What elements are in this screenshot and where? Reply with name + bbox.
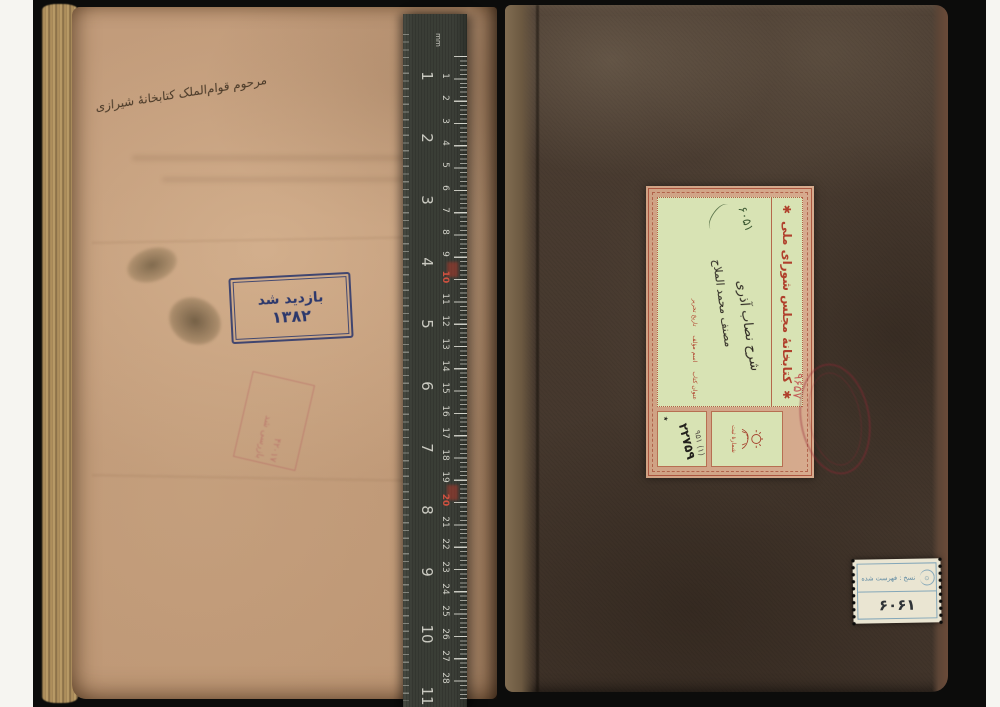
photograph: مرحوم قوام‌الملک کتابخانهٔ شیرازی بازدید… (0, 0, 1000, 707)
white-margin-right (986, 0, 1000, 707)
ruler-inch-number: 5 (418, 314, 436, 334)
handwritten-shelf-number: ۶۰۵۱ (735, 204, 756, 233)
ruler-cm-number: 16 (440, 404, 450, 418)
ruler-cm-number: 15 (440, 381, 450, 395)
ruler-cm-number: 20 (440, 493, 450, 507)
ruler-inch-number: 11 (418, 686, 436, 706)
page-crease (92, 236, 422, 244)
ruler-cm-number: 25 (440, 604, 450, 618)
ruler-unit-label: mm (434, 33, 442, 47)
label-header-text: کتابخانهٔ مجلس شورای ملی (780, 221, 794, 383)
sticker-top-row: ۞ نسخ : فهرست شده (858, 563, 936, 592)
page-crease (92, 474, 422, 482)
sticker-emblem-icon: ۞ (920, 569, 935, 585)
inspection-stamp-text: بازدید شد (257, 289, 324, 308)
pen-swash (705, 200, 734, 233)
lion-and-sun-icon (738, 424, 764, 454)
ruler-inch-number: 10 (418, 624, 436, 644)
ruler-inch-number: 3 (418, 190, 436, 210)
label-content: شمارهٔ ثبت (۱) ۹۵۱ ۲۲۷۵۹ ٭ ✱ کتابخانهٔ م… (657, 197, 803, 467)
ruler-cm-number: 22 (440, 537, 450, 551)
seal-smudge (160, 288, 229, 354)
inspection-stamp-inner: بازدید شد ۱۳۸۲ (233, 276, 350, 340)
ruler-cm-number: 1 (440, 69, 450, 83)
field-caption: اسم مؤلف (691, 335, 698, 362)
ruler-cm-number: 11 (440, 292, 450, 306)
handwritten-author: مصنف محمد الملاح (710, 259, 735, 348)
field-caption: عنوان کتاب (691, 371, 698, 400)
label-field-captions: عنوان کتاب اسم مؤلف تاریخ تحریر (691, 238, 698, 400)
ruler-cm-number: 26 (440, 627, 450, 641)
shelf-number-sticker: ۞ نسخ : فهرست شده ۶۰۶۱ (852, 558, 941, 624)
ruler-cm-number: 14 (440, 359, 450, 373)
ruler-inch-number: 6 (418, 376, 436, 396)
faint-red-stamp: بازرسی شد ۴۲۰۱۷ (233, 371, 315, 471)
red-handwritten-digits: ۹۶۵۷ (790, 373, 806, 400)
ruler-cm-number: 8 (440, 225, 450, 239)
ruler-cm-number: 7 (440, 203, 450, 217)
ruler-cm-number: 5 (440, 158, 450, 172)
ruler-cm-number: 19 (440, 470, 450, 484)
sticker-frame: ۞ نسخ : فهرست شده ۶۰۶۱ (857, 562, 938, 619)
ruler-cm-ticks (454, 56, 467, 701)
sticker-shelf-number: ۶۰۶۱ (858, 591, 936, 618)
ruler-cm-number: 27 (440, 649, 450, 663)
inspection-stamp: بازدید شد ۱۳۸۲ (228, 272, 353, 344)
seal-smudge (122, 241, 182, 289)
ruler-inch-number: 1 (418, 66, 436, 86)
ruler-cm-number: 4 (440, 136, 450, 150)
sticker-caption: نسخ : فهرست شده (858, 573, 919, 582)
white-margin-left (0, 0, 33, 707)
ruler-cm-number: 9 (440, 247, 450, 261)
ruler-cm-number: 28 (440, 671, 450, 685)
ruler-cm-number: 6 (440, 181, 450, 195)
label-handwriting-area: شرح نصاب آذری مصنف محمد الملاح ۶۰۵۱ عنوا… (689, 198, 771, 406)
back-cover: شمارهٔ ثبت (۱) ۹۵۱ ۲۲۷۵۹ ٭ ✱ کتابخانهٔ م… (505, 5, 948, 692)
label-emblem-box: شمارهٔ ثبت (711, 411, 783, 467)
ruler-inch-number: 8 (418, 500, 436, 520)
handwritten-title: شرح نصاب آذری (733, 280, 762, 372)
label-register-box: (۱) ۹۵۱ ۲۲۷۵۹ ٭ (657, 411, 707, 467)
ruler-cm-number: 2 (440, 91, 450, 105)
star-mark: ٭ (660, 416, 671, 421)
ruler-inch-number: 4 (418, 252, 436, 272)
ruler-cm-number: 18 (440, 448, 450, 462)
ruler-cm-number: 24 (440, 582, 450, 596)
bleedthrough-line (162, 177, 422, 182)
ruler-inch-number: 9 (418, 562, 436, 582)
gutter-shadow (469, 7, 497, 699)
ruler-cm-number: 21 (440, 515, 450, 529)
oval-ink-stamp-inner (801, 368, 869, 470)
handwritten-inscription: مرحوم قوام‌الملک کتابخانهٔ شیرازی (89, 73, 268, 116)
inspection-stamp-year: ۱۳۸۲ (271, 305, 311, 326)
ruler-cm-number: 10 (440, 270, 450, 284)
ruler-inch-number: 2 (418, 128, 436, 148)
rosette-icon: ✱ (781, 205, 794, 214)
library-label-card: شمارهٔ ثبت (۱) ۹۵۱ ۲۲۷۵۹ ٭ ✱ کتابخانهٔ م… (646, 186, 814, 478)
spine-worn-edge (505, 5, 535, 692)
field-caption: تاریخ تحریر (691, 299, 698, 327)
ruler-inch-number: 7 (418, 438, 436, 458)
ruler-cm-number: 23 (440, 560, 450, 574)
library-label: شمارهٔ ثبت (۱) ۹۵۱ ۲۲۷۵۹ ٭ ✱ کتابخانهٔ م… (646, 186, 814, 478)
label-side-column: شمارهٔ ثبت (۱) ۹۵۱ ۲۲۷۵۹ ٭ (657, 411, 803, 467)
hinge-groove (536, 5, 539, 692)
ruler-inch-ticks (403, 34, 409, 701)
bleedthrough-line (132, 155, 432, 161)
ruler-cm-number: 13 (440, 337, 450, 351)
ruler-cm-number: 17 (440, 426, 450, 440)
emblem-caption: شمارهٔ ثبت (730, 425, 737, 453)
ruler: mm 1234567891011 12345678910111213141516… (403, 14, 467, 707)
ruler-cm-number: 12 (440, 314, 450, 328)
ruler-cm-number: 3 (440, 114, 450, 128)
label-main-panel: ✱ کتابخانهٔ مجلس شورای ملی ✱ شرح نصاب آذ… (657, 197, 803, 407)
